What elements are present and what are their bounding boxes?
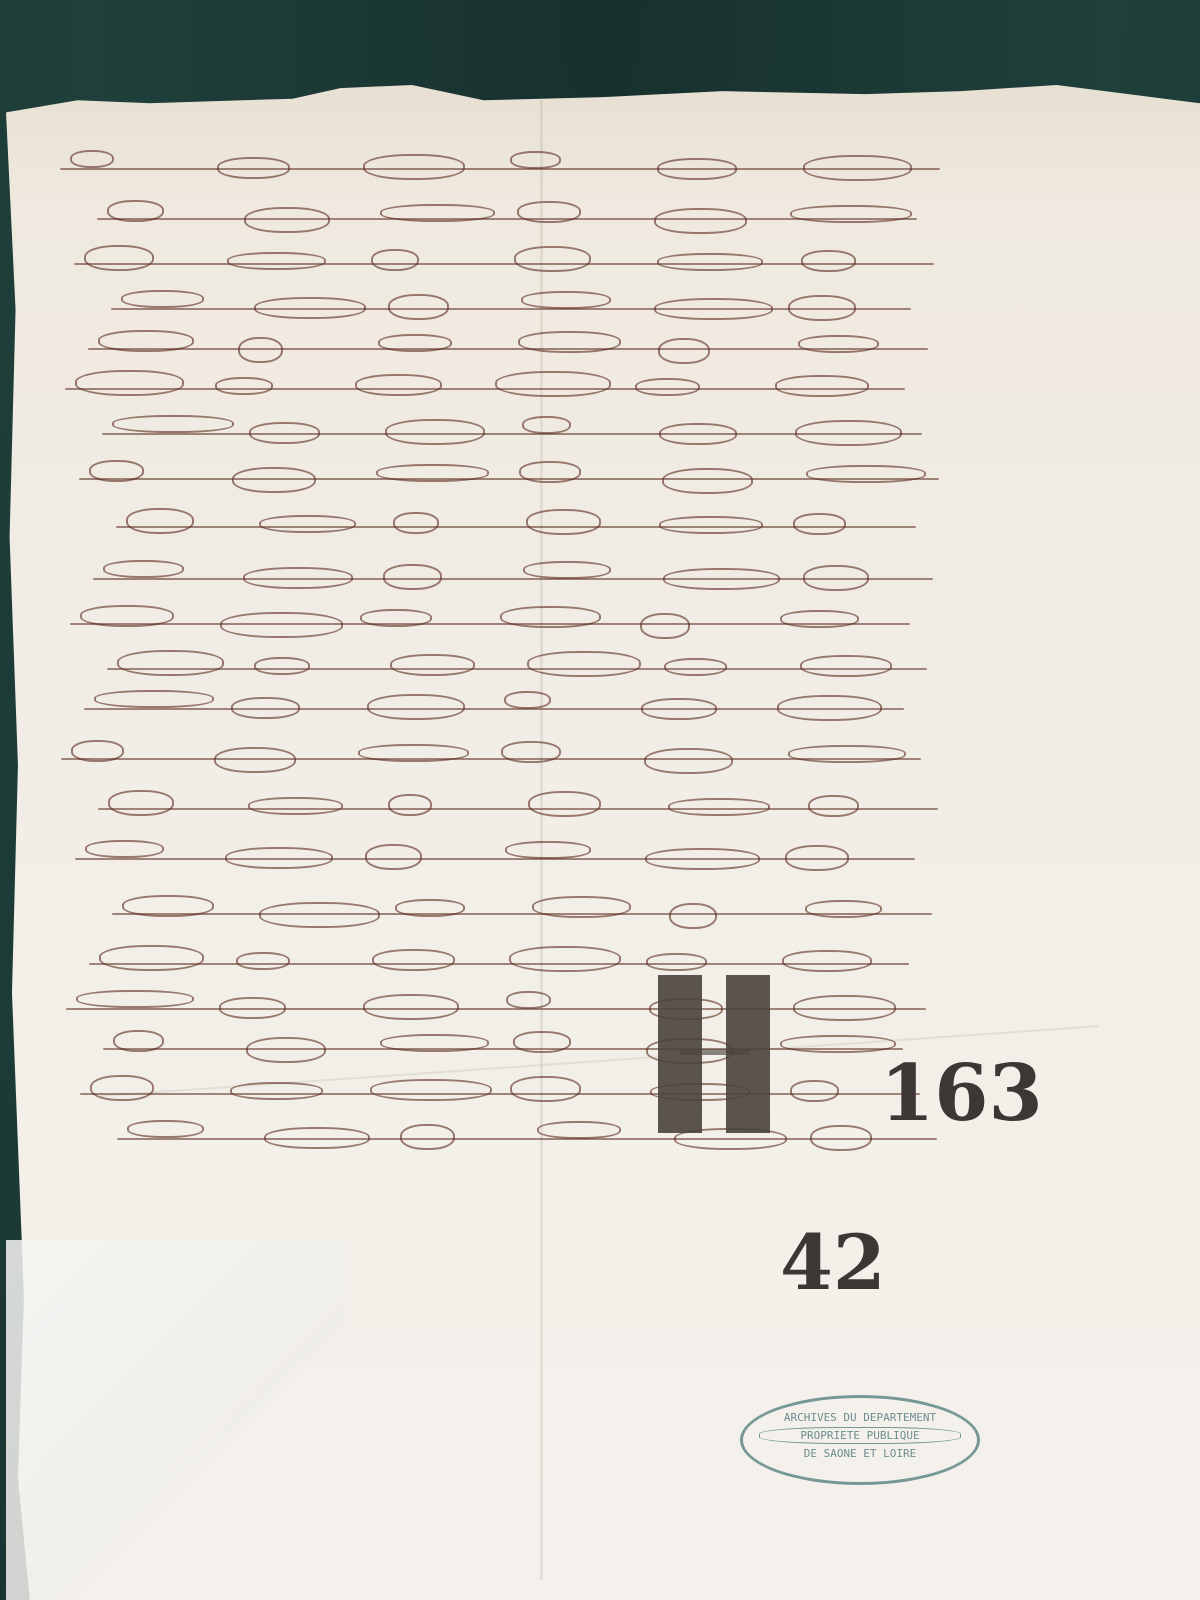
- handwritten-word: [90, 1075, 154, 1101]
- handwritten-word: [788, 745, 906, 763]
- handwritten-word: [790, 205, 912, 223]
- handwritten-word: [99, 945, 204, 971]
- handwritten-word: [393, 512, 439, 534]
- handwritten-word: [383, 564, 442, 590]
- handwritten-word: [94, 690, 214, 708]
- handwritten-word: [107, 200, 164, 222]
- handwritten-word: [217, 157, 290, 179]
- handwritten-word: [513, 1031, 571, 1053]
- handwritten-word: [103, 560, 184, 578]
- handwritten-word: [509, 946, 621, 972]
- handwritten-word: [641, 698, 717, 720]
- handwritten-word: [500, 606, 601, 628]
- handwritten-word: [664, 658, 727, 676]
- handwritten-word: [663, 568, 780, 590]
- handwritten-word: [775, 375, 869, 397]
- handwritten-word: [495, 371, 611, 397]
- handwritten-word: [780, 610, 859, 628]
- handwritten-word: [504, 691, 551, 709]
- handwritten-word: [75, 370, 184, 396]
- handwritten-word: [367, 694, 465, 720]
- handwritten-word: [264, 1127, 370, 1149]
- archive-stamp-line2: PROPRIETE PUBLIQUE: [759, 1427, 961, 1444]
- handwritten-word: [795, 420, 902, 446]
- handwritten-word: [89, 460, 144, 482]
- handwritten-word: [259, 902, 380, 928]
- handwritten-word: [76, 990, 194, 1008]
- handwritten-word: [388, 294, 449, 320]
- handwritten-word: [376, 464, 489, 482]
- handwritten-word: [782, 950, 872, 972]
- handwritten-word: [259, 515, 356, 533]
- handwritten-word: [219, 997, 286, 1019]
- handwritten-word: [646, 953, 707, 971]
- handwritten-word: [400, 1124, 455, 1150]
- handwritten-word: [214, 747, 296, 773]
- handwritten-word: [644, 748, 733, 774]
- handwritten-word: [126, 508, 194, 534]
- handwritten-word: [112, 415, 234, 433]
- vertical-crease: [540, 100, 543, 1580]
- handwritten-word: [236, 952, 290, 970]
- handwritten-word: [658, 338, 710, 364]
- handwritten-word: [363, 994, 459, 1020]
- handwritten-word: [505, 841, 591, 859]
- handwritten-word: [80, 605, 174, 627]
- handwritten-word: [370, 1079, 492, 1101]
- handwritten-word: [385, 419, 485, 445]
- handwritten-word: [244, 207, 330, 233]
- handwritten-word: [227, 252, 326, 270]
- handwritten-word: [780, 1035, 896, 1053]
- handwritten-word: [395, 899, 465, 917]
- handwritten-word: [662, 468, 753, 494]
- handwriting-line: [97, 218, 917, 220]
- series-letter-stamp: [650, 975, 780, 1135]
- handwritten-word: [669, 903, 717, 929]
- handwritten-word: [70, 150, 114, 168]
- handwritten-word: [793, 513, 846, 535]
- handwritten-word: [518, 331, 621, 353]
- handwritten-word: [805, 900, 882, 918]
- handwritten-word: [358, 744, 469, 762]
- handwritten-word: [121, 290, 204, 308]
- handwritten-word: [380, 204, 495, 222]
- handwritten-word: [232, 467, 316, 493]
- handwritten-word: [254, 657, 310, 675]
- archive-stamp-line3: DE SAONE ET LOIRE: [743, 1446, 977, 1461]
- handwritten-word: [127, 1120, 204, 1138]
- handwritten-word: [519, 461, 581, 483]
- handwritten-word: [640, 613, 690, 639]
- handwritten-word: [777, 695, 882, 721]
- handwritten-word: [360, 609, 432, 627]
- handwritten-word: [801, 250, 856, 272]
- handwritten-word: [225, 847, 333, 869]
- handwritten-word: [522, 416, 571, 434]
- handwritten-word: [71, 740, 124, 762]
- handwritten-word: [230, 1082, 323, 1100]
- handwritten-word: [521, 291, 611, 309]
- handwritten-word: [803, 155, 912, 181]
- handwritten-word: [254, 297, 366, 319]
- handwritten-word: [526, 509, 601, 535]
- handwritten-word: [390, 654, 475, 676]
- handwritten-word: [249, 422, 320, 444]
- handwritten-word: [510, 151, 561, 169]
- handwritten-word: [532, 896, 631, 918]
- handwritten-word: [803, 565, 869, 591]
- handwritten-word: [523, 561, 611, 579]
- handwritten-word: [654, 298, 773, 320]
- handwritten-word: [122, 895, 214, 917]
- handwritten-word: [378, 334, 452, 352]
- handwritten-word: [790, 1080, 839, 1102]
- handwritten-word: [668, 798, 770, 816]
- handwritten-word: [537, 1121, 621, 1139]
- handwritten-word: [363, 154, 465, 180]
- handwritten-word: [243, 567, 353, 589]
- handwritten-word: [659, 423, 737, 445]
- handwritten-word: [806, 465, 926, 483]
- folded-corner: [6, 1240, 346, 1600]
- handwritten-word: [788, 295, 856, 321]
- handwritten-word: [388, 794, 432, 816]
- handwritten-word: [785, 845, 849, 871]
- handwritten-word: [517, 201, 581, 223]
- handwritten-word: [113, 1030, 164, 1052]
- handwritten-word: [246, 1037, 326, 1063]
- handwritten-word: [657, 253, 763, 271]
- handwritten-word: [231, 697, 300, 719]
- handwritten-word: [800, 655, 892, 677]
- archive-ownership-stamp: ARCHIVES DU DEPARTEMENT PROPRIETE PUBLIQ…: [740, 1395, 980, 1485]
- item-number-stamp: 42: [780, 1218, 886, 1307]
- handwritten-word: [635, 378, 700, 396]
- handwritten-word: [355, 374, 442, 396]
- handwritten-word: [248, 797, 343, 815]
- handwritten-word: [645, 848, 760, 870]
- handwritten-word: [506, 991, 551, 1009]
- handwritten-word: [528, 791, 601, 817]
- handwritten-word: [365, 844, 422, 870]
- handwritten-word: [372, 949, 455, 971]
- handwritten-word: [527, 651, 641, 677]
- handwritten-word: [85, 840, 164, 858]
- handwritten-word: [380, 1034, 489, 1052]
- handwritten-word: [98, 330, 194, 352]
- handwritten-word: [654, 208, 747, 234]
- handwritten-word: [798, 335, 879, 353]
- handwritten-word: [657, 158, 737, 180]
- handwritten-word: [220, 612, 343, 638]
- handwritten-word: [659, 516, 763, 534]
- handwritten-word: [215, 377, 273, 395]
- handwritten-word: [501, 741, 561, 763]
- handwriting-line: [103, 1048, 903, 1050]
- handwritten-word: [108, 790, 174, 816]
- handwritten-word: [514, 246, 591, 272]
- handwritten-word: [793, 995, 896, 1021]
- handwritten-word: [238, 337, 283, 363]
- handwritten-word: [371, 249, 419, 271]
- handwritten-word: [84, 245, 154, 271]
- series-number-stamp: 163: [880, 1048, 1043, 1139]
- handwritten-word: [808, 795, 859, 817]
- archive-stamp-line1: ARCHIVES DU DEPARTEMENT: [743, 1410, 977, 1425]
- handwritten-word: [810, 1125, 872, 1151]
- handwritten-word: [117, 650, 224, 676]
- handwritten-word: [510, 1076, 581, 1102]
